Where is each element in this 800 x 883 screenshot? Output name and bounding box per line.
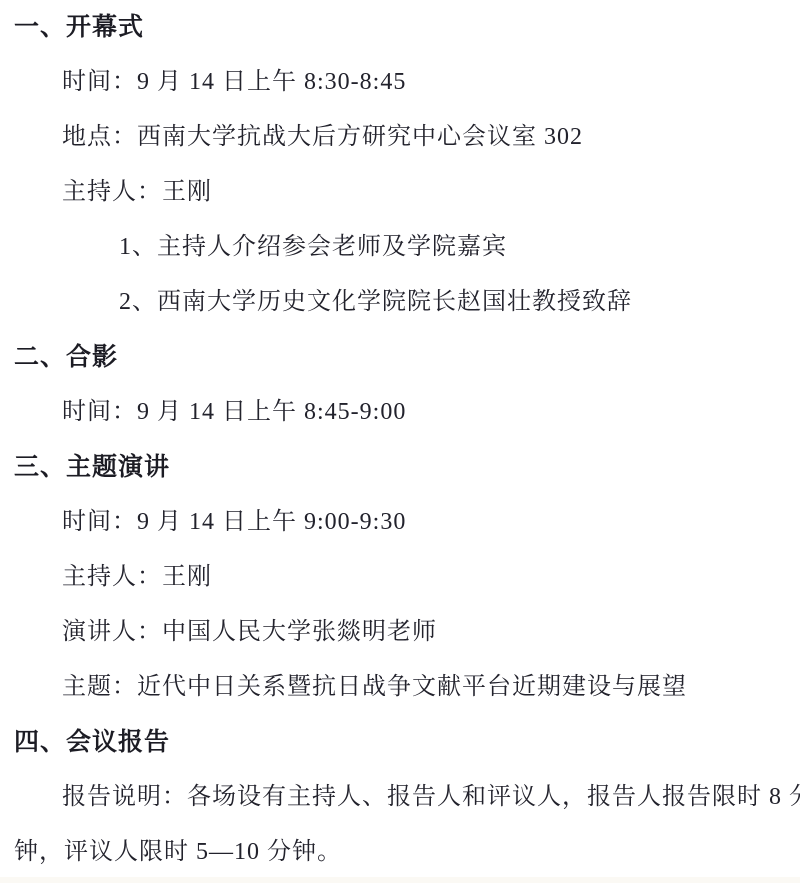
agenda-line-time: 时间：9 月 14 日上午 9:00-9:30 xyxy=(0,495,800,550)
agenda-line-host: 主持人：王刚 xyxy=(0,165,800,220)
agenda-line-host: 主持人：王刚 xyxy=(0,550,800,605)
agenda-line-location: 地点：西南大学抗战大后方研究中心会议室 302 xyxy=(0,110,800,165)
agenda-line-topic: 主题：近代中日关系暨抗日战争文献平台近期建设与展望 xyxy=(0,660,800,715)
section-heading-conference-reports: 四、会议报告 xyxy=(0,715,800,770)
agenda-subitem-1: 1、主持人介绍参会老师及学院嘉宾 xyxy=(0,220,800,275)
conference-agenda-document: 一、开幕式 时间：9 月 14 日上午 8:30-8:45 地点：西南大学抗战大… xyxy=(0,0,800,883)
agenda-line-speaker: 演讲人：中国人民大学张燚明老师 xyxy=(0,605,800,660)
page-bottom-edge xyxy=(0,877,800,883)
agenda-subitem-2: 2、西南大学历史文化学院院长赵国壮教授致辞 xyxy=(0,275,800,330)
agenda-line-report-note-continuation: 钟，评议人限时 5—10 分钟。 xyxy=(0,825,800,880)
agenda-line-time: 时间：9 月 14 日上午 8:30-8:45 xyxy=(0,55,800,110)
section-heading-group-photo: 二、合影 xyxy=(0,330,800,385)
section-heading-opening-ceremony: 一、开幕式 xyxy=(0,0,800,55)
agenda-line-time: 时间：9 月 14 日上午 8:45-9:00 xyxy=(0,385,800,440)
section-heading-keynote: 三、主题演讲 xyxy=(0,440,800,495)
agenda-line-report-note: 报告说明：各场设有主持人、报告人和评议人，报告人报告限时 8 分 xyxy=(0,770,800,825)
